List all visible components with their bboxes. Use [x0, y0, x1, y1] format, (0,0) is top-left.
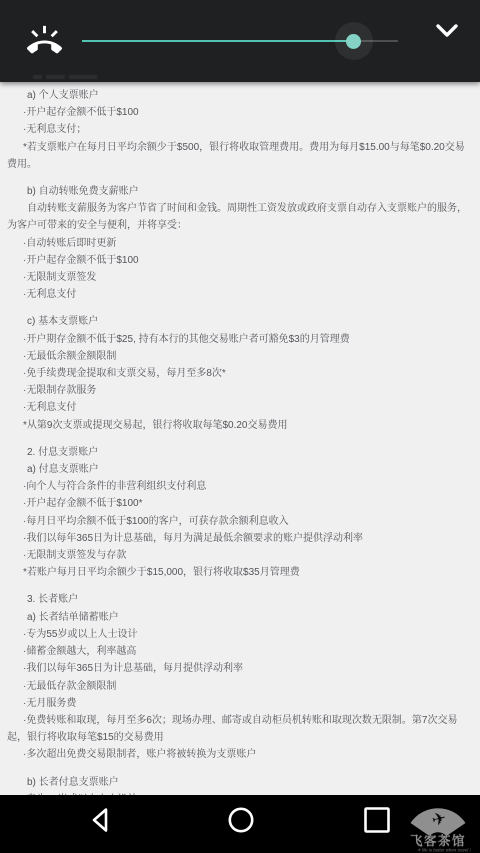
doc-line-bullet: ·我们以每年365日为计息基础，每月为满足最低余额要求的账户提供浮动利率	[0, 530, 480, 547]
doc-line-bullet: ·无限制存款服务	[0, 382, 480, 399]
watermark-title: 飞客茶馆	[400, 835, 476, 848]
paragraph-gap	[0, 173, 480, 183]
doc-line-bullet: ·自动转账后即时更新	[0, 235, 480, 252]
doc-line-bullet: ·无最低存款金额限制	[0, 678, 480, 695]
doc-line-bullet: ·开户起存金额不低于$100	[0, 252, 480, 269]
doc-line-bullet: ·我们以每年365日为计息基础，每月提供浮动利率	[0, 660, 480, 677]
doc-line-bullet: ·无月服务费	[0, 695, 480, 712]
doc-line-heading: a) 付息支票账户	[0, 461, 480, 478]
volume-slider-fill	[82, 40, 354, 42]
doc-line-bullet: ·无利息支付	[0, 399, 480, 416]
doc-line-bullet: ·开户起存金额不低于$100*	[0, 495, 480, 512]
doc-line-bullet: ·无限制支票签发	[0, 269, 480, 286]
volume-slider-track[interactable]	[82, 40, 398, 42]
occluded-text-remnant	[33, 75, 97, 79]
doc-line-heading: b) 自动转账免费支薪账户	[0, 183, 480, 200]
doc-line-bullet: *若支票账户在每月日平均余额少于$500，银行将收取管理费用。费用为每月$15.…	[0, 139, 480, 173]
doc-line-bullet: ·无最低余额金额限制	[0, 348, 480, 365]
recents-button[interactable]	[362, 805, 392, 835]
doc-line-bullet: ·免费转账和取现，每月至多6次；现场办理、邮寄或自动柜员机转账和取现次数无限制。…	[0, 712, 480, 746]
doc-line-bullet: ·免手续费现金提取和支票交易，每月至多8次*	[0, 365, 480, 382]
document-body[interactable]: a) 个人支票账户·开户起存金额不低于$100·无利息支付；*若支票账户在每月日…	[0, 82, 480, 795]
doc-line-heading: a) 个人支票账户	[0, 87, 480, 104]
doc-line-heading: 2. 付息支票账户	[0, 444, 480, 461]
doc-line-bullet: *若账户每月日平均余额少于$15,000，银行将收取$35月管理费	[0, 564, 480, 581]
paragraph-gap	[0, 581, 480, 591]
doc-line-bullet: ·多次超出免费交易限制者，账户将被转换为支票账户	[0, 746, 480, 763]
doc-line-bullet: ·开户起存金额不低于$100	[0, 104, 480, 121]
volume-panel	[0, 0, 480, 82]
paragraph-gap	[0, 303, 480, 313]
doc-line-bullet: ·每月日平均余额不低于$100的客户，可获存款余额利息收入	[0, 513, 480, 530]
home-button[interactable]	[226, 805, 256, 835]
watermark-flyertea: ✈ 飞客茶馆 ✈ life is better when travel !	[400, 796, 476, 853]
ring-volume-icon[interactable]	[27, 23, 62, 58]
doc-line-heading: a) 长者结单储蓄账户	[0, 609, 480, 626]
doc-line-bullet: ·储蓄金额越大，利率越高	[0, 643, 480, 660]
doc-line-para: 自动转账支薪服务为客户节省了时间和金钱。周期性工资发放或政府支票自动存入支票账户…	[0, 200, 480, 234]
doc-line-bullet: ·无利息支付	[0, 286, 480, 303]
paragraph-gap	[0, 434, 480, 444]
doc-line-bullet: ·向个人与符合条件的非营利组织支付利息	[0, 478, 480, 495]
watermark-tagline: ✈ life is better when travel !	[417, 848, 459, 852]
volume-slider-thumb[interactable]	[346, 34, 361, 49]
doc-line-heading: b) 长者付息支票账户	[0, 774, 480, 791]
doc-line-heading: 3. 长者账户	[0, 591, 480, 608]
chevron-down-icon[interactable]	[434, 22, 460, 40]
doc-line-bullet: ·开户期存金额不低于$25, 持有本行的其他交易账户者可豁免$3的月管理费	[0, 331, 480, 348]
doc-line-bullet: ·专为55岁或以上人士设计	[0, 626, 480, 643]
paragraph-gap	[0, 764, 480, 774]
doc-line-bullet: ·无限制支票签发与存款	[0, 547, 480, 564]
doc-line-bullet: ·无利息支付；	[0, 121, 480, 138]
back-button[interactable]	[86, 805, 116, 835]
fan-airplane-logo-icon: ✈	[405, 796, 471, 838]
doc-line-heading: c) 基本支票账户	[0, 313, 480, 330]
doc-line-bullet: *从第9次支票或提现交易起，银行将收取每笔$0.20交易费用	[0, 417, 480, 434]
